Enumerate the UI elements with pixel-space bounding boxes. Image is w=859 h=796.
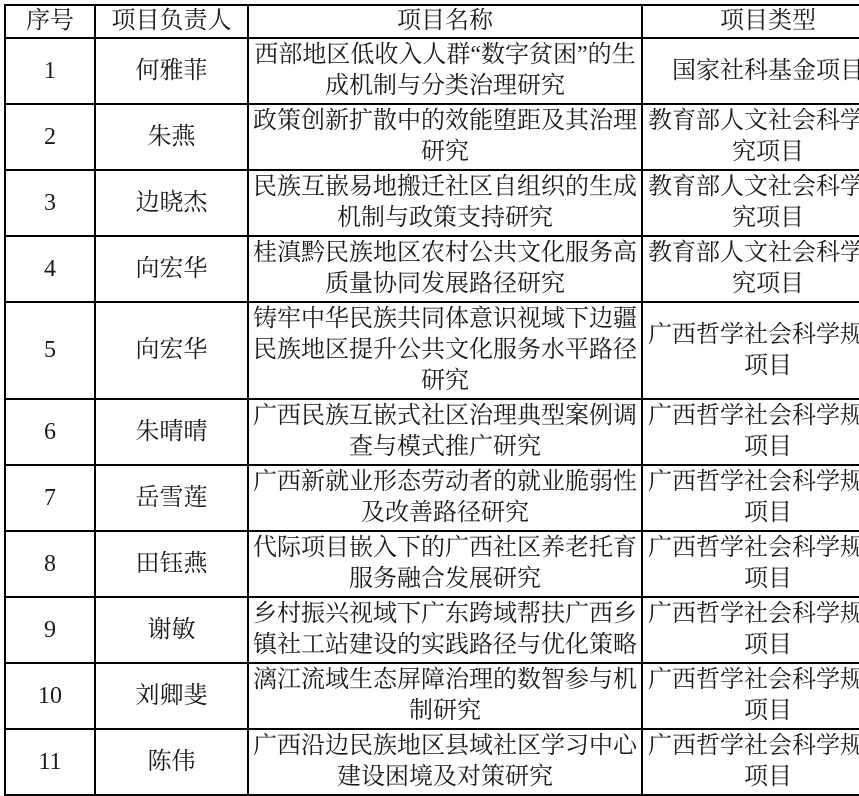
cell-project-leader: 向宏华 [95, 302, 248, 399]
table-row: 11 陈伟 广西沿边民族地区县域社区学习中心建设困境及对策研究 广西哲学社会科学… [5, 729, 859, 795]
cell-serial-number: 10 [5, 663, 95, 729]
cell-project-type: 广西哲学社会科学规划项目 [642, 531, 859, 597]
cell-serial-number: 4 [5, 236, 95, 302]
cell-project-leader: 边晓杰 [95, 170, 248, 236]
cell-project-type: 广西哲学社会科学规划项目 [642, 399, 859, 465]
table-row: 4 向宏华 桂滇黔民族地区农村公共文化服务高质量协同发展路径研究 教育部人文社会… [5, 236, 859, 302]
col-header-serial-number: 序号 [5, 5, 95, 38]
header-row: 序号 项目负责人 项目名称 项目类型 [5, 5, 859, 38]
col-header-project-type: 项目类型 [642, 5, 859, 38]
cell-project-name: 广西沿边民族地区县域社区学习中心建设困境及对策研究 [248, 729, 642, 795]
table-row: 6 朱晴晴 广西民族互嵌式社区治理典型案例调查与模式推广研究 广西哲学社会科学规… [5, 399, 859, 465]
cell-project-type: 广西哲学社会科学规划项目 [642, 465, 859, 531]
table-row: 10 刘卿斐 漓江流域生态屏障治理的数智参与机制研究 广西哲学社会科学规划项目 [5, 663, 859, 729]
cell-project-leader: 岳雪莲 [95, 465, 248, 531]
cell-project-name: 广西民族互嵌式社区治理典型案例调查与模式推广研究 [248, 399, 642, 465]
cell-project-name: 政策创新扩散中的效能堕距及其治理研究 [248, 104, 642, 170]
cell-project-leader: 田钰燕 [95, 531, 248, 597]
cell-serial-number: 1 [5, 38, 95, 104]
cell-serial-number: 11 [5, 729, 95, 795]
cell-project-leader: 向宏华 [95, 236, 248, 302]
col-header-project-leader: 项目负责人 [95, 5, 248, 38]
cell-serial-number: 2 [5, 104, 95, 170]
cell-project-type: 国家社科基金项目 [642, 38, 859, 104]
cell-serial-number: 9 [5, 597, 95, 663]
cell-serial-number: 7 [5, 465, 95, 531]
cell-project-type: 广西哲学社会科学规划项目 [642, 597, 859, 663]
document-page: 序号 项目负责人 项目名称 项目类型 1 何雅菲 西部地区低收入人群“数字贫困”… [0, 0, 859, 796]
table-row: 3 边晓杰 民族互嵌易地搬迁社区自组织的生成机制与政策支持研究 教育部人文社会科… [5, 170, 859, 236]
table-row: 1 何雅菲 西部地区低收入人群“数字贫困”的生成机制与分类治理研究 国家社科基金… [5, 38, 859, 104]
table-row: 7 岳雪莲 广西新就业形态劳动者的就业脆弱性及改善路径研究 广西哲学社会科学规划… [5, 465, 859, 531]
cell-project-leader: 陈伟 [95, 729, 248, 795]
cell-project-type: 广西哲学社会科学规划项目 [642, 729, 859, 795]
cell-project-leader: 何雅菲 [95, 38, 248, 104]
cell-project-type: 广西哲学社会科学规划项目 [642, 663, 859, 729]
cell-project-name: 乡村振兴视域下广东跨域帮扶广西乡镇社工站建设的实践路径与优化策略 [248, 597, 642, 663]
cell-project-type: 教育部人文社会科学研究项目 [642, 236, 859, 302]
cell-project-name: 桂滇黔民族地区农村公共文化服务高质量协同发展路径研究 [248, 236, 642, 302]
table-row: 2 朱燕 政策创新扩散中的效能堕距及其治理研究 教育部人文社会科学研究项目 [5, 104, 859, 170]
cell-project-name: 广西新就业形态劳动者的就业脆弱性及改善路径研究 [248, 465, 642, 531]
cell-project-name: 民族互嵌易地搬迁社区自组织的生成机制与政策支持研究 [248, 170, 642, 236]
cell-project-leader: 朱晴晴 [95, 399, 248, 465]
table-body: 1 何雅菲 西部地区低收入人群“数字贫困”的生成机制与分类治理研究 国家社科基金… [5, 38, 859, 795]
cell-project-leader: 谢敏 [95, 597, 248, 663]
cell-serial-number: 3 [5, 170, 95, 236]
cell-project-name: 漓江流域生态屏障治理的数智参与机制研究 [248, 663, 642, 729]
table-row: 5 向宏华 铸牢中华民族共同体意识视域下边疆民族地区提升公共文化服务水平路径研究… [5, 302, 859, 399]
cell-serial-number: 5 [5, 302, 95, 399]
cell-project-name: 西部地区低收入人群“数字贫困”的生成机制与分类治理研究 [248, 38, 642, 104]
cell-project-leader: 刘卿斐 [95, 663, 248, 729]
cell-project-leader: 朱燕 [95, 104, 248, 170]
cell-project-type: 广西哲学社会科学规划项目 [642, 302, 859, 399]
cell-project-name: 铸牢中华民族共同体意识视域下边疆民族地区提升公共文化服务水平路径研究 [248, 302, 642, 399]
col-header-project-name: 项目名称 [248, 5, 642, 38]
cell-project-type: 教育部人文社会科学研究项目 [642, 170, 859, 236]
cell-serial-number: 6 [5, 399, 95, 465]
table-row: 9 谢敏 乡村振兴视域下广东跨域帮扶广西乡镇社工站建设的实践路径与优化策略 广西… [5, 597, 859, 663]
cell-project-name: 代际项目嵌入下的广西社区养老托育服务融合发展研究 [248, 531, 642, 597]
table-row: 8 田钰燕 代际项目嵌入下的广西社区养老托育服务融合发展研究 广西哲学社会科学规… [5, 531, 859, 597]
projects-table: 序号 项目负责人 项目名称 项目类型 1 何雅菲 西部地区低收入人群“数字贫困”… [4, 4, 859, 796]
cell-project-type: 教育部人文社会科学研究项目 [642, 104, 859, 170]
cell-serial-number: 8 [5, 531, 95, 597]
